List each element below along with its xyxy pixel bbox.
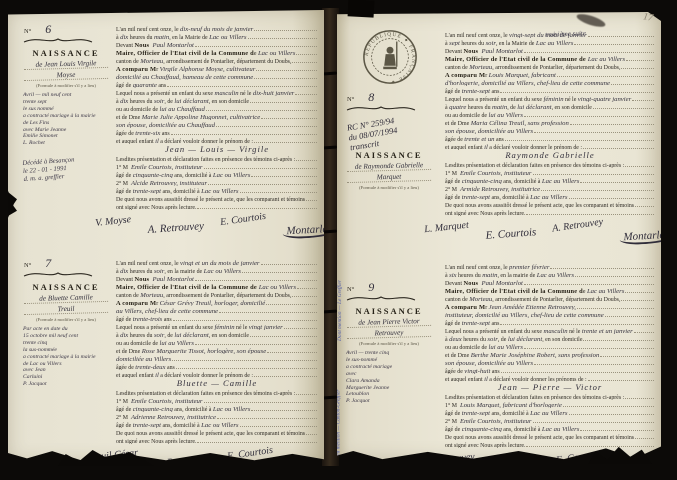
act-text-line: L'an mil neuf cent onze, le dix-neuf du …: [116, 24, 318, 32]
printed-form-text: ont signé avec Nous après lecture.: [116, 204, 196, 210]
dotted-rule: [635, 200, 654, 207]
act-text-line: son épouse, domiciliée au Villers: [445, 126, 655, 134]
printed-form-text: ans, domicilié à: [502, 178, 542, 184]
act-text-line: canton de Morteau, arrondissement de Pon…: [116, 56, 318, 64]
act-text-line: âgé de trente-sept ans, domicilié à Lac …: [445, 192, 655, 200]
dotted-rule: [524, 342, 654, 349]
printed-form-text: âgé de: [116, 406, 133, 412]
printed-form-text: Nous: [134, 276, 149, 282]
act-number: 8: [368, 90, 374, 105]
printed-form-text: A comparu M: [116, 66, 156, 72]
printed-form-text: L'an mil neuf cent onze, le: [116, 26, 180, 32]
act-text-line: ont signé avec Nous après lecture.: [116, 436, 318, 444]
page-number-pencil: 17: [642, 11, 654, 24]
act-text-line: âgée de trente-deux ans: [116, 362, 318, 370]
act-text-line: domiciliée au Villers: [116, 354, 318, 362]
dotted-rule: [550, 262, 654, 269]
act-text-line: âgée de vingt-huit ans: [445, 366, 655, 374]
act-body: L'an mil neuf cent onze, le dix-neuf du …: [116, 24, 318, 228]
number-flourish: [22, 270, 94, 278]
printed-form-text: né le: [235, 324, 249, 330]
handwritten-text: cinquante-cinq: [133, 406, 173, 412]
printed-form-text: 1° M: [445, 402, 460, 408]
dotted-rule: [569, 192, 654, 199]
printed-form-text: ans, domicilié à: [173, 406, 213, 412]
binding-top-tab: [348, 0, 375, 18]
dotted-rule: [248, 32, 317, 39]
handwritten-text: trente-sept: [462, 410, 490, 416]
act-number-line: N°9: [341, 280, 437, 294]
dotted-rule: [611, 78, 654, 85]
printed-form-text: heures du: [128, 98, 154, 104]
handwritten-text: Paul Montarlot: [149, 276, 194, 282]
handwritten-text: Virgile Alphonse Moyse, cultivateur: [160, 66, 256, 72]
number-flourish: [345, 294, 417, 302]
handwritten-text: Lac au Villers: [542, 426, 579, 432]
act-text-line: âgé de trente-sept ans: [445, 318, 655, 326]
act-text-line: canton de Morteau, arrondissement de Pon…: [116, 290, 318, 298]
act-text-line: 2° M Alcide Retrouvey, instituteur: [116, 178, 318, 186]
act-number-line: N°8: [341, 90, 437, 104]
number-flourish: [22, 36, 94, 44]
act-text-line: âgé de trente-sept ans, domicilié à Lac …: [445, 408, 655, 416]
annotation-line: P. Jacquot: [23, 381, 114, 388]
dotted-rule: [541, 184, 654, 191]
handwritten-text: cinquante-cinq: [462, 178, 502, 184]
handwritten-text: matin: [482, 272, 497, 278]
act-text-line: âgé de trente-sept ans: [445, 86, 655, 94]
printed-form-text: Lequel nous a présenté un enfant du sexe: [445, 328, 543, 334]
printed-form-text: et de D: [116, 348, 133, 354]
signature: J. Retrouvey: [425, 451, 475, 467]
dotted-rule: [580, 424, 654, 431]
act-text-line: et de Dme Rose Marguerite Tissot, horlog…: [116, 346, 318, 354]
act-number-line: N°6: [18, 22, 114, 36]
handwritten-text: vingt-huit: [464, 368, 490, 374]
act-text-line: instituteur, domicilié au Villers, chef-…: [445, 310, 655, 318]
birth-act-8: N°8 RC N° 259/94du 08/07/1994transcritNA…: [341, 28, 657, 262]
dotted-rule: [292, 290, 317, 297]
handwritten-text: dix: [120, 332, 128, 338]
handwritten-text: Morteau: [469, 64, 492, 70]
act-text-line: et auquel enfant il a déclaré vouloir do…: [445, 374, 655, 382]
handwritten-text: Lac au Villers: [530, 194, 567, 200]
printed-form-text: L'an mil neuf cent onze, le: [445, 264, 509, 270]
dotted-rule: [254, 370, 317, 377]
handwritten-text: Lac ou Villers: [259, 284, 296, 290]
child-name-line: de Bluette Camille: [24, 293, 108, 304]
annotation-line: avec Jean: [23, 367, 114, 374]
printed-form-text: canton de: [116, 58, 140, 64]
act-text-line: ou au domicile de lui au Villers: [445, 342, 655, 350]
act-text-line: et auquel enfant il a déclaré vouloir do…: [445, 142, 655, 150]
printed-form-text: né le: [568, 328, 582, 334]
dotted-rule: [588, 374, 654, 381]
dotted-rule: [173, 314, 317, 321]
annotation-line: Marguerite Jeanne: [346, 385, 437, 392]
dotted-rule: [172, 354, 317, 361]
binding-stitch: [323, 230, 337, 234]
dotted-rule: [254, 136, 317, 143]
dotted-rule: [306, 428, 317, 435]
dotted-rule: [625, 286, 654, 293]
dotted-rule: [217, 412, 317, 419]
annotation-line: a contracté mariage à la mairie: [23, 354, 114, 361]
annotation-line: le sus-nommé: [346, 357, 437, 364]
handwritten-text: lui au Villers: [160, 340, 194, 346]
dotted-rule: [500, 86, 654, 93]
number-label: N°: [24, 262, 31, 269]
handwritten-text: Adrienne Retrouvey, institutrice: [131, 414, 216, 420]
printed-form-text: âgé de: [116, 188, 133, 194]
annotation-line: Avril — trente cinq: [346, 350, 437, 357]
naissance-heading: NAISSANCE: [18, 282, 114, 292]
printed-form-text: ont signé avec Nous après lecture.: [116, 438, 196, 444]
printed-form-text: ans, domicilié à: [173, 172, 213, 178]
act-text-line: âgé de trente-sept ans, domicilié à Lac …: [116, 186, 318, 194]
printed-form-text: 1° M: [445, 170, 460, 176]
printed-form-text: L'an mil neuf cent onze, le: [116, 260, 180, 266]
marginal-mention: Avril — mil neuf centtrente septle sus n…: [18, 92, 114, 147]
act-text-line: âgé de quarante ans: [116, 80, 318, 88]
handwritten-text: Lac ou Villers: [201, 422, 238, 428]
printed-form-text: Lequel nous a présenté un enfant du sexe: [445, 96, 543, 102]
handwritten-text: trente et un: [464, 136, 494, 142]
act-text-line: Devant Nous Paul Montarlot: [116, 40, 318, 48]
act-text-line: L'an mil neuf cent onze, le premier févr…: [445, 262, 655, 270]
dotted-rule: [625, 392, 654, 399]
act-text-line: âgée de trente et un ans: [445, 134, 655, 142]
dotted-rule: [261, 258, 317, 265]
handwritten-text: Lac au Villers: [587, 288, 624, 294]
dotted-rule: [569, 408, 654, 415]
act-text-line: âgé de cinquante-cinq ans, domicilié à L…: [445, 176, 655, 184]
act-text-line: âgé de cinquante-cinq ans, domicilié à L…: [445, 424, 655, 432]
printed-form-text: âgé de: [445, 410, 462, 416]
dotted-rule: [295, 88, 317, 95]
annotation-line: le sus nommé: [23, 106, 114, 113]
dotted-rule: [250, 96, 317, 103]
dotted-rule: [254, 72, 317, 79]
act-body: L'an mil neuf cent onze, le vingt-sept d…: [445, 30, 655, 234]
handwritten-text: soir: [154, 332, 164, 338]
signature: E. Courtois: [219, 211, 266, 228]
child-name-line: Retrouvey: [347, 328, 431, 339]
printed-form-text: Maire, Officier de l'Etat civil de la Co…: [116, 50, 254, 56]
annotation-line: Par acte en date du: [23, 326, 114, 333]
act-text-line: Lesdites présentation et déclaration fai…: [445, 160, 655, 168]
act-text-line: et auquel enfant il a déclaré vouloir do…: [116, 136, 318, 144]
annotation-line: la sus-nommée: [23, 347, 114, 354]
dotted-rule: [632, 94, 654, 101]
handwritten-text: Emile Courtois, instituteur: [460, 170, 532, 176]
child-forenames-line: Raymonde Gabrielle: [445, 150, 655, 160]
printed-form-text: âgée de: [116, 364, 135, 370]
annotation-line: avec: [346, 371, 437, 378]
dotted-rule: [626, 54, 654, 61]
handwritten-text: domiciliée au Villers: [116, 356, 171, 362]
printed-form-text: ans: [495, 136, 504, 142]
dotted-rule: [524, 110, 654, 117]
child-name-line: de Jean Louis Virgile: [24, 59, 108, 70]
printed-form-text: Lequel nous a présenté un enfant du sexe: [116, 90, 214, 96]
dotted-rule: [296, 388, 317, 395]
act-body: L'an mil neuf cent onze, le vingt et un …: [116, 258, 318, 462]
handwritten-text: Emile Courtois, instituteur: [460, 418, 532, 424]
annotation-line: trente sept: [23, 99, 114, 106]
dotted-rule: [176, 362, 317, 369]
printed-form-text: 1° M: [116, 398, 131, 404]
handwritten-text: trente-sept: [462, 194, 490, 200]
signature: L. Marquet: [491, 458, 541, 473]
act-text-line: âgé de cinquante-cinq ans, domicilié à L…: [116, 170, 318, 178]
act-text-line: son épouse, domiciliée au Chauffaud: [116, 120, 318, 128]
handwritten-text: deux: [449, 336, 462, 342]
printed-form-text: ans: [157, 82, 166, 88]
dotted-rule: [621, 62, 654, 69]
printed-form-text: âgé de: [116, 172, 133, 178]
act-text-line: à dix heures du soir, en la mairie de La…: [116, 266, 318, 274]
printed-form-text: Devant: [445, 280, 463, 286]
act-text-line: 2° M Armide Retrouvey, institutrice: [445, 184, 655, 192]
child-name-line: Moyse: [24, 70, 108, 81]
dotted-rule: [216, 120, 317, 127]
printed-form-text: âgé de: [116, 422, 133, 428]
printed-form-text: canton de: [445, 64, 469, 70]
handwritten-text: six: [449, 272, 456, 278]
handwritten-text: Louis Marquet, fabricant d'horlogerie: [460, 402, 562, 408]
act-text-line: Lesdites présentation et déclaration fai…: [116, 388, 318, 396]
handwritten-text: cinquante-cinq: [133, 172, 173, 178]
printed-form-text: et auquel enfant: [116, 138, 155, 144]
handwritten-text: Louis Marquet, fabricant: [489, 72, 556, 78]
handwritten-text: Jean Amédée Etienne Retrouvey,: [489, 304, 576, 310]
printed-form-text: ans, domicilié à: [502, 426, 542, 432]
printed-form-text: 2° M: [445, 418, 460, 424]
dotted-rule: [600, 350, 654, 357]
dotted-rule: [197, 202, 317, 209]
dotted-rule: [206, 104, 317, 111]
annotation-line: Carluini: [23, 374, 114, 381]
dotted-rule: [296, 154, 317, 161]
printed-form-text: et auquel enfant: [445, 144, 484, 150]
act-text-line: canton de Morteau, arrondissement de Pon…: [445, 294, 655, 302]
signature: Montarlot: [619, 229, 676, 246]
child-name-line: Treuil: [24, 304, 108, 315]
handwritten-text: trente-sept: [462, 88, 490, 94]
birth-act-9: N°9 NAISSANCEde Jean Pierre VictorRetrou…: [341, 260, 657, 460]
annotation-line: a contracté mariage à la mairie: [23, 113, 114, 120]
act-text-line: âgée de trente-six ans: [116, 128, 318, 136]
printed-form-text: ans, domicilié à: [161, 188, 201, 194]
act-text-line: Lesdites présentation et déclaration fai…: [116, 154, 318, 162]
printed-form-text: heures du: [466, 104, 492, 110]
dotted-rule: [197, 436, 317, 443]
child-forenames: Bluette — Camille: [177, 378, 258, 388]
birth-act-7: N°7 NAISSANCEde Bluette CamilleTreuil(Fo…: [18, 256, 320, 464]
corner-hand-note: troisième suite: [545, 29, 586, 38]
dotted-rule: [533, 168, 655, 175]
annotation-line: Clara Amanda: [346, 378, 437, 385]
printed-form-text: Maire, Officier de l'Etat civil de la Co…: [445, 56, 588, 62]
child-forenames-line: Bluette — Camille: [116, 378, 318, 388]
handwritten-text: matin: [154, 34, 169, 40]
printed-form-text: Devant: [116, 276, 134, 282]
printed-form-text: heures du: [457, 272, 483, 278]
dotted-rule: [261, 112, 317, 119]
act-text-line: ont signé avec Nous après lecture.: [116, 202, 318, 210]
printed-form-text: A comparu M: [116, 300, 156, 306]
dotted-rule: [240, 420, 317, 427]
signature: E. Courtois: [226, 445, 273, 462]
printed-form-text: heures du: [128, 34, 154, 40]
dotted-rule: [505, 134, 654, 141]
dotted-rule: [171, 128, 317, 135]
handwritten-text: Morteau: [140, 292, 163, 298]
act-text-line: 1° M Emile Courtois, instituteur: [116, 396, 318, 404]
binding-stitch: [323, 310, 337, 314]
printed-form-text: ont signé avec Nous après lecture.: [445, 210, 525, 216]
dotted-rule: [534, 358, 654, 365]
printed-form-text: âgé de: [445, 320, 462, 326]
handwritten-text: Morteau: [140, 58, 163, 64]
act-text-line: Lequel nous a présenté un enfant du sexe…: [116, 322, 318, 330]
handwritten-text: soir: [486, 40, 496, 46]
dotted-rule: [534, 126, 654, 133]
printed-form-text: et de D: [116, 114, 133, 120]
handwritten-text: lui au Villers: [489, 112, 523, 118]
annotation-line: Letoublon: [346, 391, 437, 398]
printed-form-text: heures du: [460, 40, 486, 46]
formule-note: (Formule à modifier s'il y a lieu): [18, 317, 114, 322]
dotted-rule: [634, 326, 654, 333]
printed-form-text: ou au domicile de: [116, 106, 160, 112]
dotted-rule: [195, 338, 317, 345]
printed-form-text: me: [133, 348, 142, 354]
dotted-rule: [621, 294, 654, 301]
printed-form-text: né le: [564, 96, 578, 102]
printed-form-text: heures du: [128, 332, 154, 338]
printed-form-text: Devant: [116, 42, 134, 48]
act-text-line: Lequel nous a présenté un enfant du sexe…: [445, 94, 655, 102]
handwritten-text: trente-sept: [462, 320, 490, 326]
printed-form-text: heures du: [462, 336, 488, 342]
dotted-rule: [577, 302, 654, 309]
signature: V. Moyse: [95, 214, 132, 229]
dotted-rule: [526, 440, 654, 447]
printed-form-text: ans: [490, 368, 499, 374]
handwritten-text: Morteau: [469, 296, 492, 302]
printed-form-text: âgé de: [445, 426, 462, 432]
act-text-line: Lesdites présentation et déclaration fai…: [445, 392, 655, 400]
printed-form-text: me: [462, 120, 471, 126]
act-text-line: 1° M Emile Courtois, instituteur: [116, 162, 318, 170]
printed-form-text: heures du: [128, 268, 154, 274]
printed-form-text: âgée de: [116, 130, 135, 136]
dotted-rule: [605, 310, 654, 317]
act-text-line: ont signé avec Nous après lecture.: [445, 440, 655, 448]
dotted-rule: [625, 160, 654, 167]
printed-form-text: ou au domicile de: [445, 344, 489, 350]
printed-form-text: Maire, Officier de l'Etat civil de la Co…: [116, 284, 259, 290]
annotation-line: avec Marie Jeanne: [23, 127, 114, 134]
dotted-rule: [296, 48, 317, 55]
handwritten-text: dix: [120, 34, 128, 40]
number-label: N°: [24, 28, 31, 35]
annotation-line: a contracté mariage: [346, 364, 437, 371]
dotted-rule: [557, 70, 654, 77]
dotted-rule: [524, 46, 654, 53]
child-forenames: Jean — Louis — Virgile: [165, 144, 269, 154]
dotted-rule: [580, 176, 654, 183]
act-text-line: De quoi nous avons aussitôt dressé le pr…: [445, 200, 655, 208]
act-text-line: Lequel nous a présenté un enfant du sexe…: [445, 326, 655, 334]
printed-form-text: me: [133, 114, 142, 120]
dotted-rule: [251, 170, 317, 177]
register-page-left: N°6 NAISSANCEde Jean Louis VirgileMoyse(…: [8, 10, 324, 462]
act-text-line: ou au domicile de lui au Villers: [445, 110, 655, 118]
dotted-rule: [250, 330, 317, 337]
act-text-line: ou au domicile de lui au Villers: [116, 338, 318, 346]
number-label: N°: [347, 96, 354, 103]
act-margin: N°8 RC N° 259/94du 08/07/1994transcritNA…: [341, 28, 437, 262]
dotted-rule: [524, 278, 654, 285]
act-text-line: âgé de trente-sept ans, domicilié à Lac …: [116, 420, 318, 428]
printed-form-text: L'an mil neuf cent onze, le: [445, 32, 509, 38]
printed-form-text: Nous: [134, 42, 149, 48]
act-margin: N°9 NAISSANCEde Jean Pierre VictorRetrou…: [341, 260, 437, 460]
handwritten-text: féminin: [214, 324, 234, 330]
act-text-line: à six heures du matin, en la mairie de L…: [445, 270, 655, 278]
dotted-rule: [501, 366, 654, 373]
handwritten-text: Paul Montarlot: [478, 48, 523, 54]
dotted-rule: [500, 318, 654, 325]
printed-form-text: 1° M: [116, 164, 131, 170]
act-text-line: et de Dme Berthe Marie Joséphine Robert,…: [445, 350, 655, 358]
handwritten-text: lui déclarant: [174, 98, 208, 104]
printed-form-text: âgée de: [445, 136, 464, 142]
handwritten-text: Paul Montarlot: [149, 42, 194, 48]
printed-form-text: ou au domicile de: [445, 112, 489, 118]
signature: A. Retrouvey: [148, 220, 205, 236]
act-text-line: 1° M Louis Marquet, fabricant d'horloger…: [445, 400, 655, 408]
signature: A. Retrouvey: [551, 216, 603, 234]
handwritten-text: soir: [154, 268, 164, 274]
child-forenames-line: Jean — Louis — Virgile: [116, 144, 318, 154]
printed-form-text: ou au domicile de: [116, 340, 160, 346]
handwritten-text: trente-sept: [133, 422, 161, 428]
marginal-mention: Avril — trente cinqle sus-nomméa contrac…: [341, 350, 437, 405]
act-text-line: à dix heures du soir, de lui déclarant, …: [116, 96, 318, 104]
printed-form-text: et de D: [445, 352, 462, 358]
dotted-rule: [240, 186, 317, 193]
handwritten-text: Alcide Retrouvey, instituteur: [131, 180, 207, 186]
dotted-rule: [583, 142, 654, 149]
birth-act-6: N°6 NAISSANCEde Jean Louis VirgileMoyse(…: [18, 22, 320, 258]
act-text-line: Devant Nous Paul Montarlot: [116, 274, 318, 282]
handwritten-text: trente-sept: [133, 188, 161, 194]
dotted-rule: [195, 274, 317, 281]
handwritten-text: quatre: [449, 104, 466, 110]
handwritten-text: Emile Courtois, instituteur: [131, 164, 203, 170]
handwritten-text: soir: [487, 336, 497, 342]
printed-form-text: A comparu M: [445, 72, 485, 78]
handwritten-text: matin: [492, 104, 507, 110]
dotted-rule: [570, 118, 654, 125]
handwritten-text: premier février: [509, 264, 549, 270]
printed-form-text: Lequel nous a présenté un enfant du sexe: [116, 324, 214, 330]
act-text-line: à dix heures du soir, de lui déclarant, …: [116, 330, 318, 338]
